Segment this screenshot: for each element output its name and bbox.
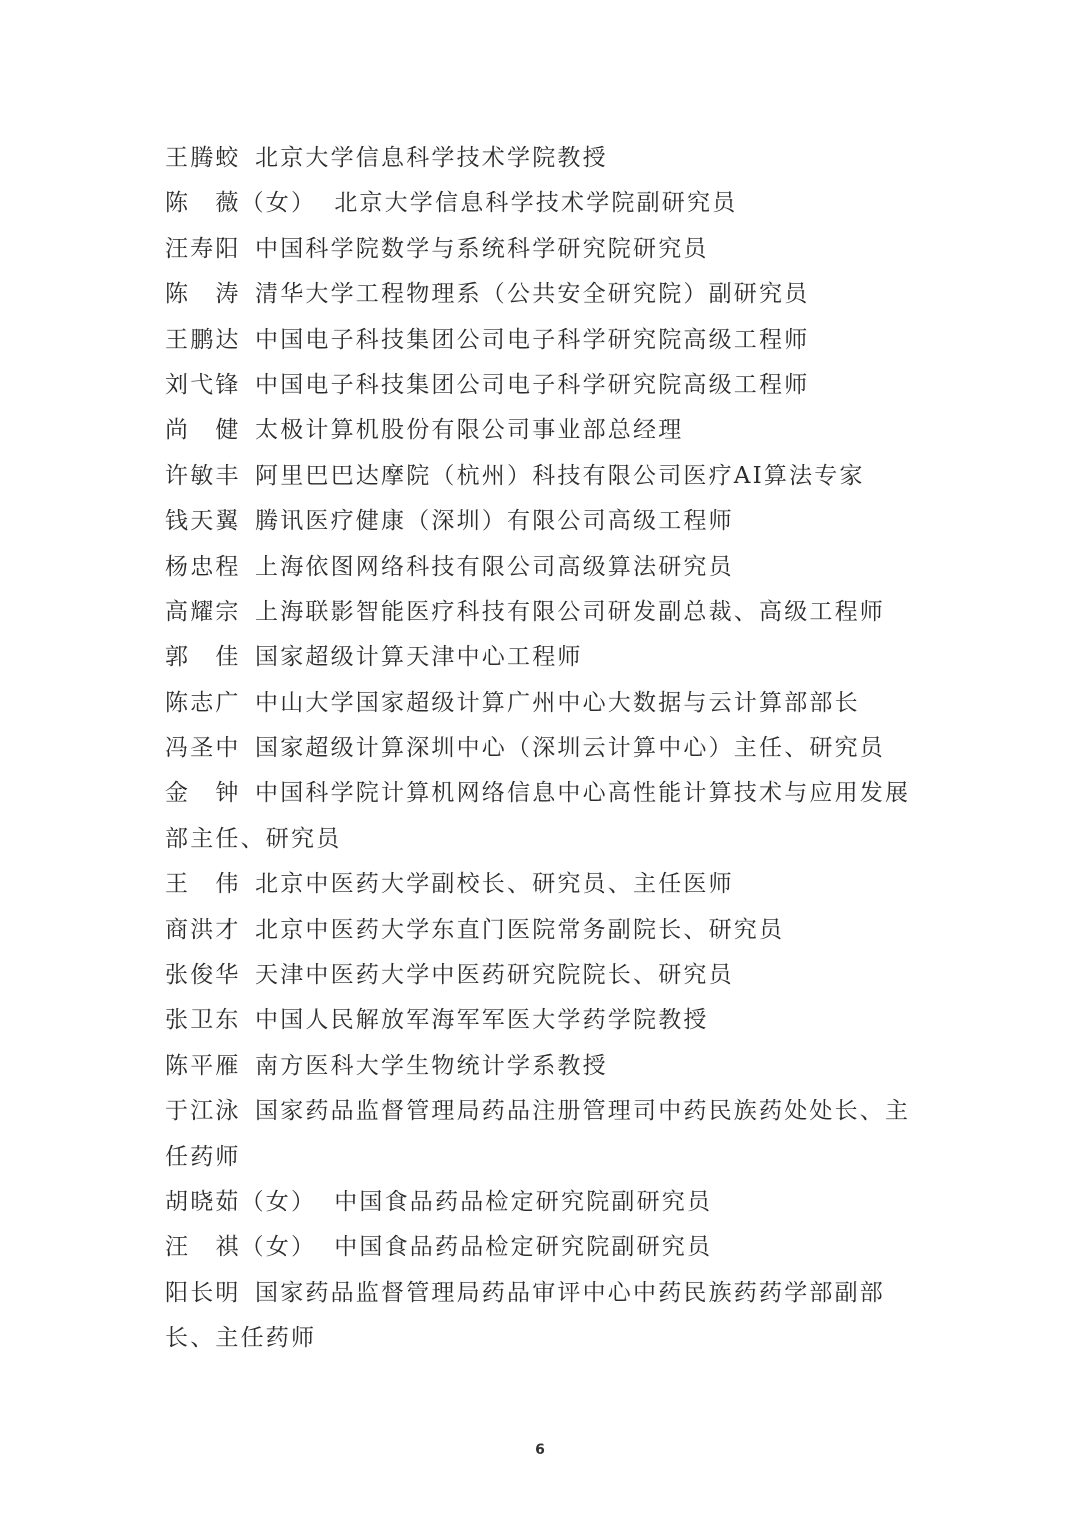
person-name: 于江泳 — [165, 1089, 241, 1134]
list-item: 尚 健太极计算机股份有限公司事业部总经理 — [165, 408, 925, 453]
list-item: 陈 薇（女）北京大学信息科学技术学院副研究员 — [165, 181, 925, 226]
person-affiliation: 中国电子科技集团公司电子科学研究院高级工程师 — [255, 372, 809, 398]
person-affiliation: 国家药品监督管理局药品审评中心中药民族药药学部副部 — [255, 1280, 885, 1306]
list-item: 刘弋锋中国电子科技集团公司电子科学研究院高级工程师 — [165, 363, 925, 408]
list-item: 阳长明国家药品监督管理局药品审评中心中药民族药药学部副部 — [165, 1271, 925, 1316]
person-affiliation: 北京大学信息科学技术学院副研究员 — [334, 190, 737, 216]
person-affiliation: 清华大学工程物理系（公共安全研究院）副研究员 — [255, 281, 809, 307]
list-item: 陈平雁南方医科大学生物统计学系教授 — [165, 1044, 925, 1089]
person-name: 钱天翼 — [165, 499, 241, 544]
list-item: 陈 涛清华大学工程物理系（公共安全研究院）副研究员 — [165, 272, 925, 317]
person-affiliation-continuation: 部主任、研究员 — [165, 826, 341, 852]
person-name: 杨忠程 — [165, 545, 241, 590]
list-item: 汪 祺（女）中国食品药品检定研究院副研究员 — [165, 1225, 925, 1270]
list-item: 冯圣中国家超级计算深圳中心（深圳云计算中心）主任、研究员 — [165, 726, 925, 771]
person-affiliation: 上海联影智能医疗科技有限公司研发副总裁、高级工程师 — [255, 599, 885, 625]
list-item: 于江泳国家药品监督管理局药品注册管理司中药民族药处处长、主 — [165, 1089, 925, 1134]
list-item: 陈志广中山大学国家超级计算广州中心大数据与云计算部部长 — [165, 681, 925, 726]
person-name: 郭 佳 — [165, 635, 241, 680]
person-name: 张俊华 — [165, 953, 241, 998]
list-item-continuation: 长、主任药师 — [165, 1316, 925, 1361]
list-item: 金 钟中国科学院计算机网络信息中心高性能计算技术与应用发展 — [165, 771, 925, 816]
person-affiliation-continuation: 任药师 — [165, 1144, 241, 1170]
person-affiliation: 南方医科大学生物统计学系教授 — [255, 1053, 608, 1079]
person-name: 冯圣中 — [165, 726, 241, 771]
list-item: 许敏丰阿里巴巴达摩院（杭州）科技有限公司医疗AI算法专家 — [165, 454, 925, 499]
person-affiliation: 中国人民解放军海军军医大学药学院教授 — [255, 1007, 709, 1033]
list-item: 高耀宗上海联影智能医疗科技有限公司研发副总裁、高级工程师 — [165, 590, 925, 635]
person-affiliation: 天津中医药大学中医药研究院院长、研究员 — [255, 962, 734, 988]
list-item: 王 伟北京中医药大学副校长、研究员、主任医师 — [165, 862, 925, 907]
list-item: 商洪才北京中医药大学东直门医院常务副院长、研究员 — [165, 908, 925, 953]
person-affiliation: 国家超级计算天津中心工程师 — [255, 644, 583, 670]
person-name: 陈 薇（女） — [165, 181, 316, 226]
person-name: 尚 健 — [165, 408, 241, 453]
person-affiliation: 国家药品监督管理局药品注册管理司中药民族药处处长、主 — [255, 1098, 910, 1124]
person-name: 高耀宗 — [165, 590, 241, 635]
person-affiliation-continuation: 长、主任药师 — [165, 1325, 316, 1351]
person-name: 胡晓茹（女） — [165, 1180, 316, 1225]
page-number: 6 — [0, 1442, 1080, 1458]
person-name: 张卫东 — [165, 998, 241, 1043]
expert-list: 王腾蛟北京大学信息科学技术学院教授 陈 薇（女）北京大学信息科学技术学院副研究员… — [165, 136, 925, 1362]
person-affiliation: 中国科学院计算机网络信息中心高性能计算技术与应用发展 — [255, 780, 910, 806]
person-affiliation: 北京中医药大学东直门医院常务副院长、研究员 — [255, 917, 784, 943]
list-item-continuation: 任药师 — [165, 1135, 925, 1180]
list-item: 钱天翼腾讯医疗健康（深圳）有限公司高级工程师 — [165, 499, 925, 544]
list-item: 杨忠程上海依图网络科技有限公司高级算法研究员 — [165, 545, 925, 590]
person-name: 阳长明 — [165, 1271, 241, 1316]
person-affiliation: 中国电子科技集团公司电子科学研究院高级工程师 — [255, 327, 809, 353]
person-name: 王腾蛟 — [165, 136, 241, 181]
person-name: 王 伟 — [165, 862, 241, 907]
person-name: 汪 祺（女） — [165, 1225, 316, 1270]
person-name: 金 钟 — [165, 771, 241, 816]
list-item: 胡晓茹（女）中国食品药品检定研究院副研究员 — [165, 1180, 925, 1225]
list-item-continuation: 部主任、研究员 — [165, 817, 925, 862]
person-affiliation: 北京中医药大学副校长、研究员、主任医师 — [255, 871, 734, 897]
person-affiliation: 腾讯医疗健康（深圳）有限公司高级工程师 — [255, 508, 734, 534]
person-name: 许敏丰 — [165, 454, 241, 499]
person-affiliation: 中国食品药品检定研究院副研究员 — [334, 1234, 712, 1260]
person-name: 陈平雁 — [165, 1044, 241, 1089]
list-item: 王腾蛟北京大学信息科学技术学院教授 — [165, 136, 925, 181]
person-name: 王鹏达 — [165, 318, 241, 363]
person-name: 刘弋锋 — [165, 363, 241, 408]
list-item: 郭 佳国家超级计算天津中心工程师 — [165, 635, 925, 680]
person-name: 陈志广 — [165, 681, 241, 726]
person-affiliation: 上海依图网络科技有限公司高级算法研究员 — [255, 554, 734, 580]
person-affiliation: 北京大学信息科学技术学院教授 — [255, 145, 608, 171]
person-name: 汪寿阳 — [165, 227, 241, 272]
list-item: 张卫东中国人民解放军海军军医大学药学院教授 — [165, 998, 925, 1043]
list-item: 王鹏达中国电子科技集团公司电子科学研究院高级工程师 — [165, 318, 925, 363]
person-affiliation: 中国科学院数学与系统科学研究院研究员 — [255, 236, 709, 262]
document-page: 王腾蛟北京大学信息科学技术学院教授 陈 薇（女）北京大学信息科学技术学院副研究员… — [0, 0, 1080, 1527]
person-affiliation: 太极计算机股份有限公司事业部总经理 — [255, 417, 683, 443]
person-name: 商洪才 — [165, 908, 241, 953]
person-affiliation: 国家超级计算深圳中心（深圳云计算中心）主任、研究员 — [255, 735, 885, 761]
person-affiliation: 阿里巴巴达摩院（杭州）科技有限公司医疗AI算法专家 — [255, 463, 865, 489]
list-item: 汪寿阳中国科学院数学与系统科学研究院研究员 — [165, 227, 925, 272]
person-affiliation: 中国食品药品检定研究院副研究员 — [334, 1189, 712, 1215]
list-item: 张俊华天津中医药大学中医药研究院院长、研究员 — [165, 953, 925, 998]
person-name: 陈 涛 — [165, 272, 241, 317]
person-affiliation: 中山大学国家超级计算广州中心大数据与云计算部部长 — [255, 690, 860, 716]
